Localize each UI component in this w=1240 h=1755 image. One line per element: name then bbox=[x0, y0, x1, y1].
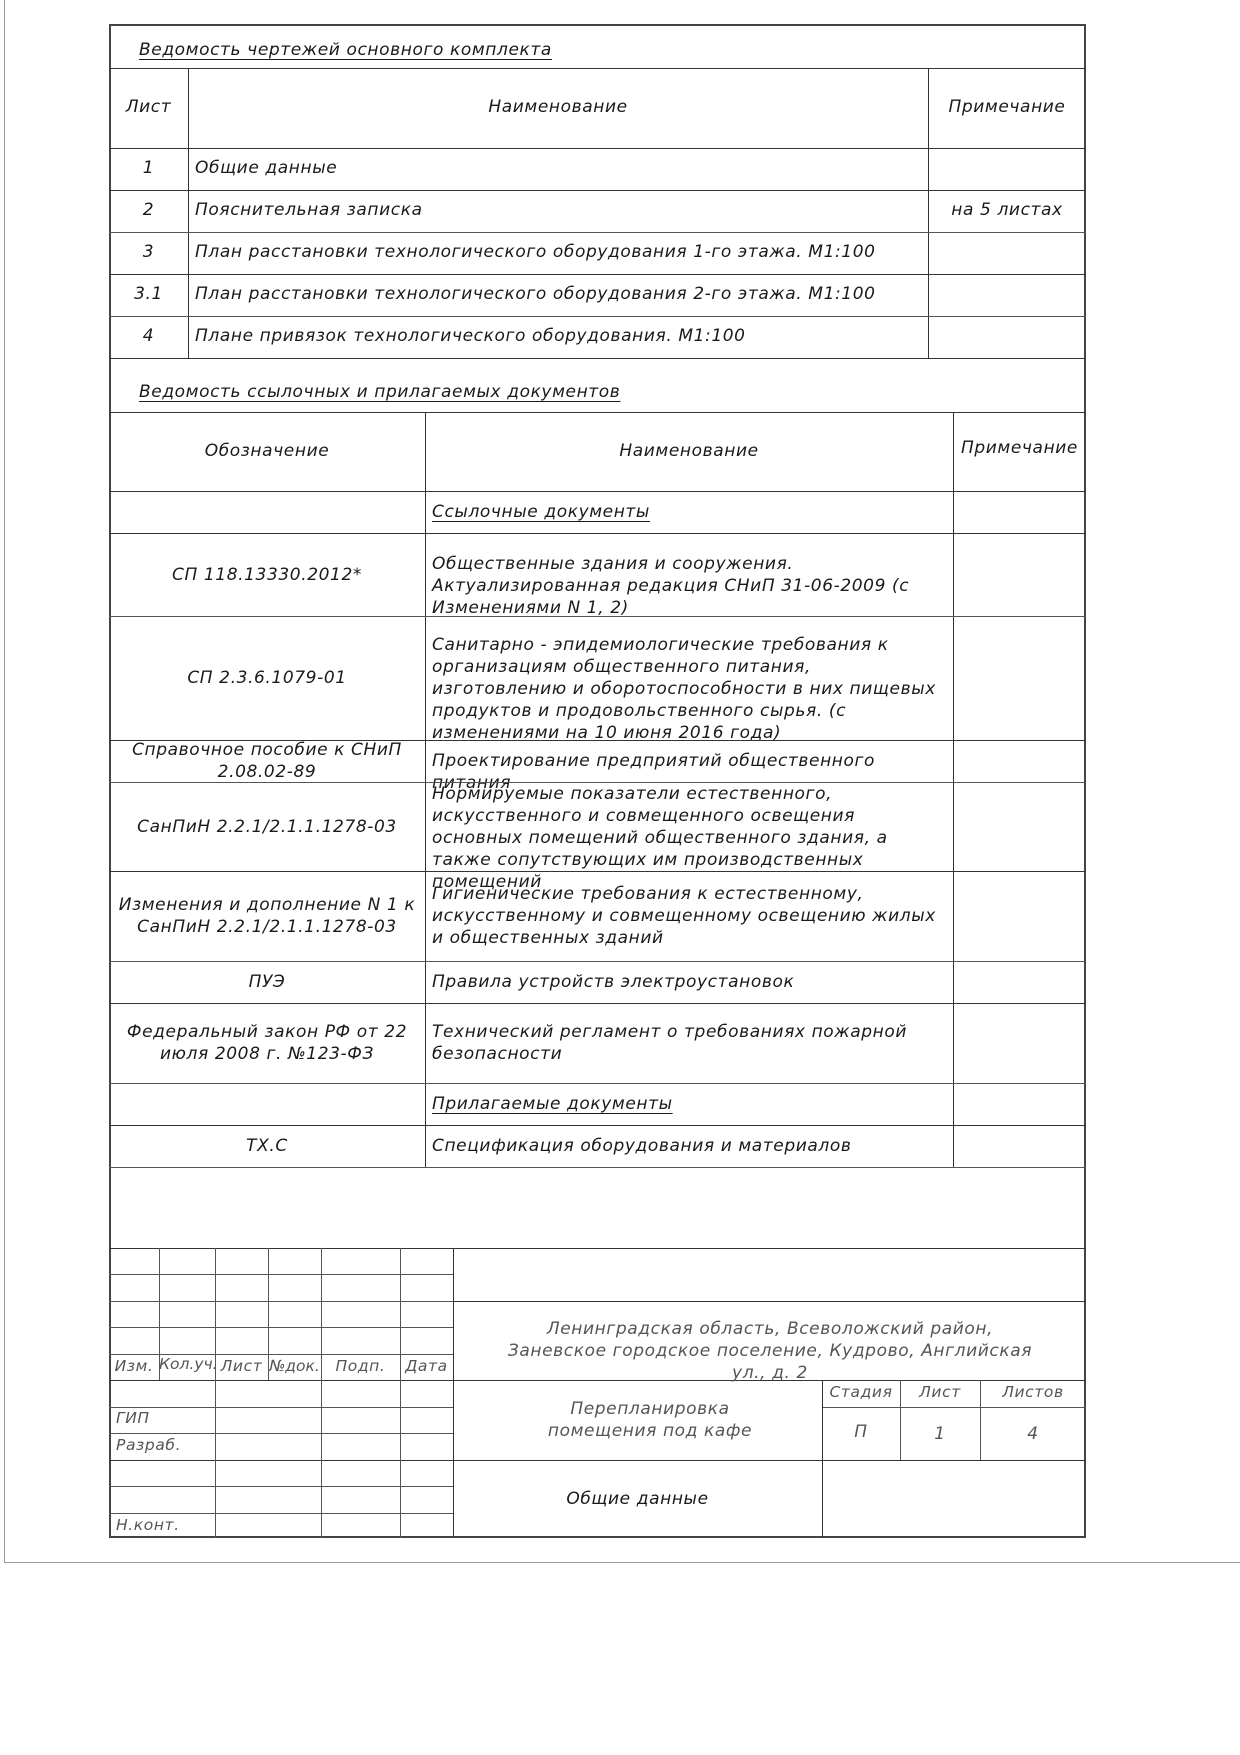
grid-line bbox=[109, 1327, 453, 1328]
grid-line bbox=[822, 1407, 1086, 1408]
grid-line bbox=[109, 1433, 453, 1434]
rule bbox=[109, 961, 1086, 962]
role-label: ГИП bbox=[116, 1409, 150, 1427]
document-designation: Изменения и дополнение N 1 к СанПиН 2.2.… bbox=[115, 894, 419, 938]
grid-line bbox=[215, 1380, 216, 1538]
stage-label: Стадия bbox=[822, 1383, 900, 1401]
section2-title: Ведомость ссылочных и прилагаемых докуме… bbox=[139, 382, 620, 402]
rev-header: Дата bbox=[400, 1357, 453, 1375]
rev-header: Лист bbox=[215, 1357, 268, 1375]
document-name: Нормируемые показатели естественного, ис… bbox=[432, 783, 947, 893]
grid-line bbox=[109, 1274, 453, 1275]
rule bbox=[109, 1167, 1086, 1168]
role-label: Разраб. bbox=[116, 1436, 181, 1454]
grid-line bbox=[453, 1460, 1086, 1461]
col-divider bbox=[425, 412, 426, 1167]
col-divider bbox=[953, 412, 954, 1167]
drawing-sheet-number: 3 bbox=[109, 242, 188, 262]
drawing-name: Плане привязок технологического оборудов… bbox=[195, 326, 746, 346]
rev-header: №док. bbox=[268, 1357, 321, 1375]
page-edge-left bbox=[4, 0, 5, 1562]
drawing-sheet-number: 1 bbox=[109, 158, 188, 178]
rule bbox=[109, 1083, 1086, 1084]
drawing-name: Общие данные bbox=[195, 158, 337, 178]
drawing-sheet-number: 2 bbox=[109, 200, 188, 220]
document-designation: Справочное пособие к СНиП 2.08.02-89 bbox=[115, 739, 419, 783]
document-name: Технический регламент о требованиях пожа… bbox=[432, 1021, 947, 1065]
grid-line bbox=[109, 1486, 453, 1487]
document-name: Санитарно - эпидемиологические требовани… bbox=[432, 634, 947, 744]
document-designation: ТХ.С bbox=[115, 1135, 419, 1157]
document-name: Общественные здания и сооружения. Актуал… bbox=[432, 553, 947, 619]
rule bbox=[109, 616, 1086, 617]
drawing-note: на 5 листах bbox=[928, 200, 1086, 220]
rev-header: Подп. bbox=[321, 1357, 400, 1375]
document-designation: СанПиН 2.2.1/2.1.1.1278-03 bbox=[115, 816, 419, 838]
role-label: Н.конт. bbox=[116, 1516, 180, 1534]
grid-line bbox=[321, 1380, 322, 1538]
grid-line bbox=[109, 1407, 453, 1408]
document-name: Спецификация оборудования и материалов bbox=[432, 1135, 947, 1157]
project-address: Ленинградская область, Всеволожский райо… bbox=[500, 1318, 1040, 1384]
header-name: Наименование bbox=[188, 97, 928, 117]
document-name: Правила устройств электроустановок bbox=[432, 971, 947, 993]
grid-line bbox=[400, 1380, 401, 1538]
rule bbox=[109, 871, 1086, 872]
document-group-heading: Ссылочные документы bbox=[432, 501, 947, 523]
rule bbox=[109, 1003, 1086, 1004]
rev-header: Изм. bbox=[109, 1357, 159, 1375]
drawing-sheet-number: 4 bbox=[109, 326, 188, 346]
header-note: Примечание bbox=[928, 97, 1086, 117]
sheet-number: 1 bbox=[900, 1424, 980, 1444]
header-name: Наименование bbox=[425, 441, 953, 461]
grid-line bbox=[109, 1301, 453, 1302]
rule bbox=[109, 232, 1086, 233]
rule bbox=[109, 68, 1086, 69]
header-sheet: Лист bbox=[109, 97, 188, 117]
header-designation: Обозначение bbox=[109, 441, 425, 461]
grid-line bbox=[109, 1513, 453, 1514]
document-name: Гигиенические требования к естественному… bbox=[432, 883, 947, 949]
document-designation: Федеральный закон РФ от 22 июля 2008 г. … bbox=[115, 1021, 419, 1065]
drawing-name: Пояснительная записка bbox=[195, 200, 423, 220]
sheets-label: Листов bbox=[980, 1383, 1086, 1401]
document-group-heading: Прилагаемые документы bbox=[432, 1093, 947, 1115]
rule bbox=[109, 316, 1086, 317]
project-name: Перепланировка помещения под кафе bbox=[520, 1398, 780, 1442]
total-sheets: 4 bbox=[980, 1424, 1086, 1444]
stage-value: П bbox=[822, 1422, 900, 1442]
grid-line bbox=[109, 1460, 453, 1461]
document-designation: ПУЭ bbox=[115, 971, 419, 993]
document-designation: СП 118.13330.2012* bbox=[115, 564, 419, 586]
grid-line bbox=[822, 1380, 823, 1538]
page-edge-bottom bbox=[4, 1562, 1240, 1563]
grid-line bbox=[453, 1301, 1086, 1302]
rule bbox=[109, 274, 1086, 275]
rule bbox=[109, 190, 1086, 191]
drawing-name: План расстановки технологического оборуд… bbox=[195, 242, 876, 262]
document-designation: СП 2.3.6.1079-01 bbox=[115, 667, 419, 689]
drawing-name: План расстановки технологического оборуд… bbox=[195, 284, 876, 304]
rule bbox=[109, 412, 1086, 413]
rule bbox=[109, 148, 1086, 149]
sheet-label: Лист bbox=[900, 1383, 980, 1401]
header-note: Примечание bbox=[953, 438, 1086, 458]
rule bbox=[109, 491, 1086, 492]
rule bbox=[109, 1125, 1086, 1126]
rule bbox=[109, 358, 1086, 359]
grid-line bbox=[109, 1380, 453, 1381]
rule bbox=[109, 533, 1086, 534]
section1-title: Ведомость чертежей основного комплекта bbox=[139, 40, 552, 60]
sheet-title: Общие данные bbox=[453, 1489, 822, 1509]
drawing-sheet-number: 3.1 bbox=[109, 284, 188, 304]
rev-header: Кол.уч. bbox=[159, 1355, 215, 1373]
title-block-top bbox=[109, 1248, 1086, 1249]
